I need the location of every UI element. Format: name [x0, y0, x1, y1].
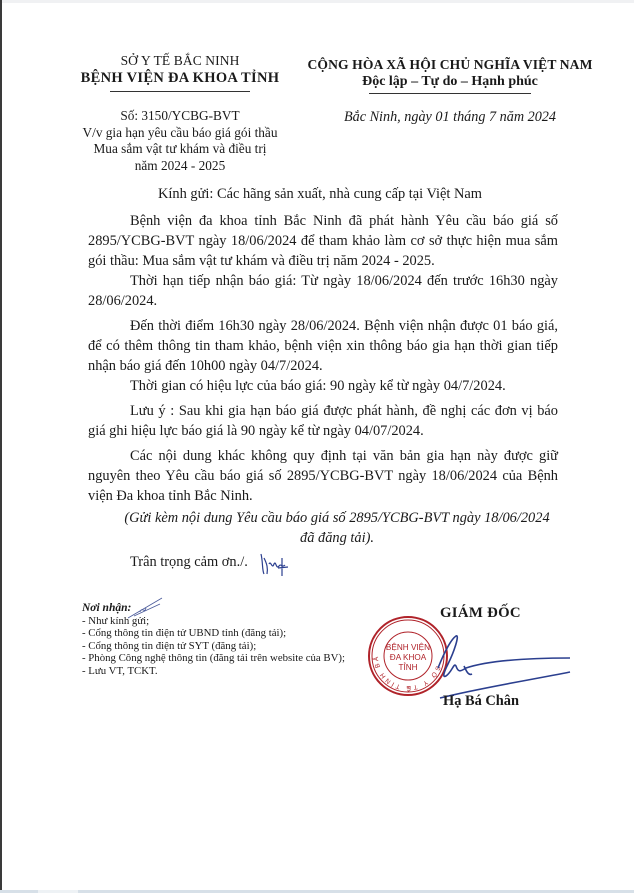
hospital-name: BỆNH VIỆN ĐA KHOA TỈNH [80, 69, 280, 87]
body-paragraph: Lưu ý : Sau khi gia hạn báo giá được phá… [88, 401, 558, 441]
recipients-label: Nơi nhận: [82, 602, 345, 615]
window-top-edge [2, 0, 634, 3]
issuer-underline [110, 91, 250, 92]
issuer-block: SỞ Y TẾ BẮC NINH BỆNH VIỆN ĐA KHOA TỈNH [80, 52, 280, 92]
body-paragraph: Các nội dung khác không quy định tại văn… [88, 446, 558, 506]
initial-mark-icon [126, 594, 166, 622]
subject-line: Mua sắm vật tư khám và điều trị [80, 141, 280, 158]
body-paragraph: Đến thời điểm 16h30 ngày 28/06/2024. Bện… [88, 316, 558, 376]
closing-line: Trân trọng cảm ơn./. [88, 552, 558, 572]
recipient-item: - Lưu VT, TCKT. [82, 665, 345, 678]
document-body: Bệnh viện đa khoa tỉnh Bắc Ninh đã phát … [88, 211, 558, 572]
subject-line: năm 2024 - 2025 [80, 158, 280, 175]
document-meta: Số: 3150/YCBG-BVT V/v gia hạn yêu cầu bá… [80, 108, 280, 174]
national-motto: Độc lập – Tự do – Hạnh phúc [300, 73, 600, 91]
recipient-item: - Như kính gửi; [82, 615, 345, 628]
department-name: SỞ Y TẾ BẮC NINH [80, 52, 280, 69]
body-paragraph: Thời gian có hiệu lực của báo giá: 90 ng… [88, 376, 558, 396]
window-left-border [0, 0, 2, 893]
place-date: Bắc Ninh, ngày 01 tháng 7 năm 2024 [300, 109, 600, 126]
svg-text:*: * [406, 685, 410, 693]
attachment-note: (Gửi kèm nội dung Yêu cầu báo giá số 289… [116, 508, 558, 548]
recipient-item: - Phòng Công nghệ thông tin (đăng tải tr… [82, 652, 345, 665]
motto-underline [369, 93, 531, 94]
recipient-item: - Cổng thông tin điện tử UBND tỉnh (đăng… [82, 627, 345, 640]
national-header: CỘNG HÒA XÃ HỘI CHỦ NGHĨA VIỆT NAM Độc l… [300, 56, 600, 94]
body-paragraph: Thời hạn tiếp nhận báo giá: Từ ngày 18/0… [88, 271, 558, 311]
recipients-list: Nơi nhận: - Như kính gửi; - Cổng thông t… [82, 602, 345, 677]
signatory-name: Hạ Bá Chân [443, 693, 519, 710]
recipient-item: - Cổng thông tin điện tử SYT (đăng tải); [82, 640, 345, 653]
seal-line: TỈNH [398, 661, 417, 672]
subject-line: V/v gia hạn yêu cầu báo giá gói thầu [80, 125, 280, 142]
nation-title: CỘNG HÒA XÃ HỘI CHỦ NGHĨA VIỆT NAM [300, 56, 600, 73]
body-paragraph: Bệnh viện đa khoa tỉnh Bắc Ninh đã phát … [88, 211, 558, 271]
greeting: Kính gửi: Các hãng sản xuất, nhà cung cấ… [80, 186, 560, 203]
initial-signature-icon [258, 550, 294, 580]
document-number: Số: 3150/YCBG-BVT [80, 108, 280, 125]
signatory-title: GIÁM ĐỐC [440, 605, 521, 622]
